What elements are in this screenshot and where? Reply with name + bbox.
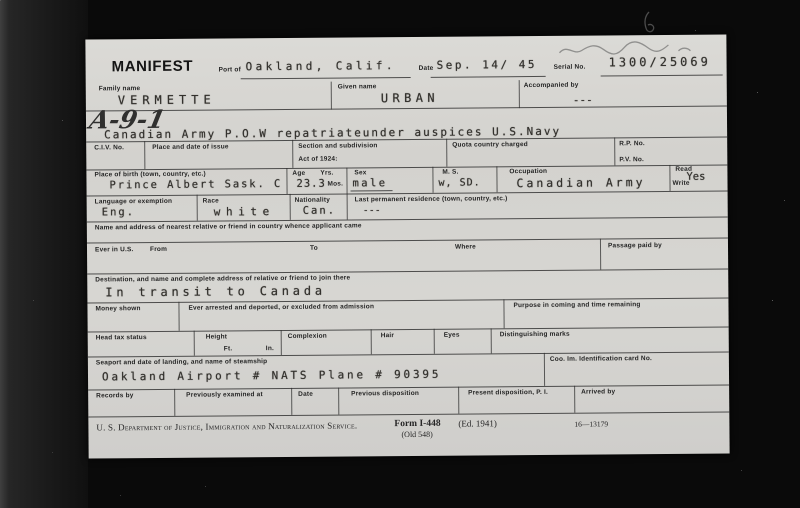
eyes-label: Eyes xyxy=(444,332,460,339)
family-name-label: Family name xyxy=(99,85,141,92)
present-disposition-label: Present disposition, P. I. xyxy=(468,389,548,397)
port-of-value: Oakland, Calif. xyxy=(246,59,396,73)
place-date-issue-label: Place and date of issue xyxy=(152,143,229,151)
cell-divider xyxy=(491,328,492,353)
cell-divider xyxy=(338,388,339,415)
cell-divider xyxy=(458,387,459,414)
destination-value: In transit to Canada xyxy=(105,284,326,300)
date-value: Sep. 14/ 45 xyxy=(437,58,537,72)
cell-divider xyxy=(574,386,575,413)
ever-in-us-label: Ever in U.S. xyxy=(95,246,134,253)
cell-divider xyxy=(174,389,175,416)
last-residence-value: --- xyxy=(363,205,381,216)
cell-divider xyxy=(503,299,504,328)
place-of-birth-value: Prince Albert Sask. C xyxy=(109,178,282,191)
underline xyxy=(241,77,411,79)
scan-left-band xyxy=(0,0,88,508)
form-edition: (Ed. 1941) xyxy=(458,418,497,428)
cell-divider xyxy=(347,193,348,219)
read-write-value: Yes xyxy=(686,171,705,183)
cell-divider xyxy=(600,238,601,269)
occupation-label: Occupation xyxy=(509,168,547,175)
seaport-landing-label: Seaport and date of landing, and name of… xyxy=(96,358,268,366)
serial-no-value: 1300/25069 xyxy=(609,55,711,70)
scan-noise xyxy=(0,0,1,1)
divider xyxy=(88,411,729,417)
cell-divider xyxy=(614,137,615,165)
last-residence-label: Last permanent residence (town, country,… xyxy=(355,195,508,203)
occupation-value: Canadian Army xyxy=(516,175,645,190)
form-title: MANIFEST xyxy=(112,58,194,76)
act-1924-label: Act of 1924: xyxy=(298,156,337,163)
sex-value: male xyxy=(352,177,387,189)
quota-country-label: Quota country charged xyxy=(452,141,528,149)
purpose-label: Purpose in coming and time remaining xyxy=(513,301,640,309)
money-shown-label: Money shown xyxy=(95,305,140,312)
divider xyxy=(86,164,727,170)
cell-divider xyxy=(331,82,332,110)
section-subdivision-label: Section and subdivision xyxy=(298,142,377,150)
ft-label: Ft. xyxy=(224,345,233,352)
cell-divider xyxy=(346,167,347,193)
manifest-card: MANIFEST Port of Oakland, Calif. Date Se… xyxy=(85,34,729,458)
height-label: Height xyxy=(206,333,227,340)
date-label: Date xyxy=(419,65,434,72)
to-label: To xyxy=(310,245,318,252)
cell-divider xyxy=(669,165,670,191)
id-card-no-label: Coo. Im. Identification card No. xyxy=(550,355,652,363)
cell-divider xyxy=(291,388,292,415)
records-date-label: Date xyxy=(298,391,313,398)
sex-label: Sex xyxy=(354,169,366,176)
cell-divider xyxy=(197,195,198,221)
language-value: Eng. xyxy=(102,206,135,218)
age-label: Age xyxy=(292,170,305,177)
race-value: white xyxy=(214,205,275,218)
cell-divider xyxy=(286,168,287,194)
scanned-page: MANIFEST Port of Oakland, Calif. Date Se… xyxy=(0,0,800,508)
cell-divider xyxy=(434,329,435,354)
serial-no-label: Serial No. xyxy=(554,64,586,71)
port-of-label: Port of xyxy=(219,66,241,73)
underline xyxy=(601,75,723,77)
form-number: Form I-448 xyxy=(394,419,440,429)
previously-examined-label: Previously examined at xyxy=(186,391,263,399)
cell-divider xyxy=(178,302,179,331)
from-label: From xyxy=(150,246,167,253)
underline xyxy=(431,76,546,78)
cell-divider xyxy=(544,353,545,386)
age-value: 23.3 xyxy=(296,178,325,190)
passage-paid-label: Passage paid by xyxy=(608,242,662,249)
accompanied-by-value: --- xyxy=(573,94,593,107)
divider xyxy=(87,216,728,222)
nationality-label: Nationality xyxy=(295,197,330,204)
cell-divider xyxy=(292,140,293,168)
agency-name: U. S. Department of Justice, Immigration… xyxy=(96,420,357,432)
nationality-value: Can. xyxy=(303,205,336,217)
form-old-number: (Old 548) xyxy=(401,430,432,439)
destination-label: Destination, and name and complete addre… xyxy=(95,274,350,283)
mos-label: Mos. xyxy=(327,181,343,188)
given-name-value: URBAN xyxy=(381,91,439,105)
complexion-label: Complexion xyxy=(288,333,327,340)
language-label: Language or exemption xyxy=(95,198,173,206)
cell-divider xyxy=(519,80,520,108)
print-code: 16—13179 xyxy=(574,419,608,428)
cell-divider xyxy=(281,330,282,355)
divider xyxy=(88,326,729,332)
previous-disposition-label: Previous disposition xyxy=(351,390,419,398)
accompanied-by-label: Accompanied by xyxy=(524,82,579,89)
nearest-relative-label: Name and address of nearest relative or … xyxy=(95,222,362,231)
in-label: In. xyxy=(266,345,274,352)
cell-divider xyxy=(496,166,497,192)
arrived-by-label: Arrived by xyxy=(581,388,615,395)
marital-status-label: M. S. xyxy=(442,169,458,176)
cell-divider xyxy=(446,139,447,167)
stray-mark xyxy=(640,10,660,36)
place-of-birth-label: Place of birth (town, country, etc.) xyxy=(94,171,206,179)
hair-label: Hair xyxy=(381,332,395,339)
given-name-label: Given name xyxy=(338,83,377,90)
cell-divider xyxy=(371,329,372,354)
divider xyxy=(87,268,728,274)
cell-divider xyxy=(432,167,433,193)
where-label: Where xyxy=(455,243,476,250)
race-label: Race xyxy=(203,197,219,204)
seaport-landing-value: Oakland Airport # NATS Plane # 90395 xyxy=(102,368,441,384)
cell-divider xyxy=(290,194,291,220)
cell-divider xyxy=(194,331,195,356)
underline xyxy=(351,190,393,191)
distinguishing-marks-label: Distinguishing marks xyxy=(500,331,570,339)
head-tax-label: Head tax status xyxy=(96,334,147,341)
cell-divider xyxy=(144,141,145,169)
records-by-label: Records by xyxy=(96,392,133,399)
ever-arrested-label: Ever arrested and deported, or excluded … xyxy=(188,303,374,311)
marital-status-value: w, SD. xyxy=(438,177,480,188)
pv-no-label: P.V. No. xyxy=(619,156,644,163)
yrs-label: Yrs. xyxy=(320,170,333,177)
civ-no-label: C.I.V. No. xyxy=(94,144,124,151)
rp-no-label: R.P. No. xyxy=(619,140,645,147)
